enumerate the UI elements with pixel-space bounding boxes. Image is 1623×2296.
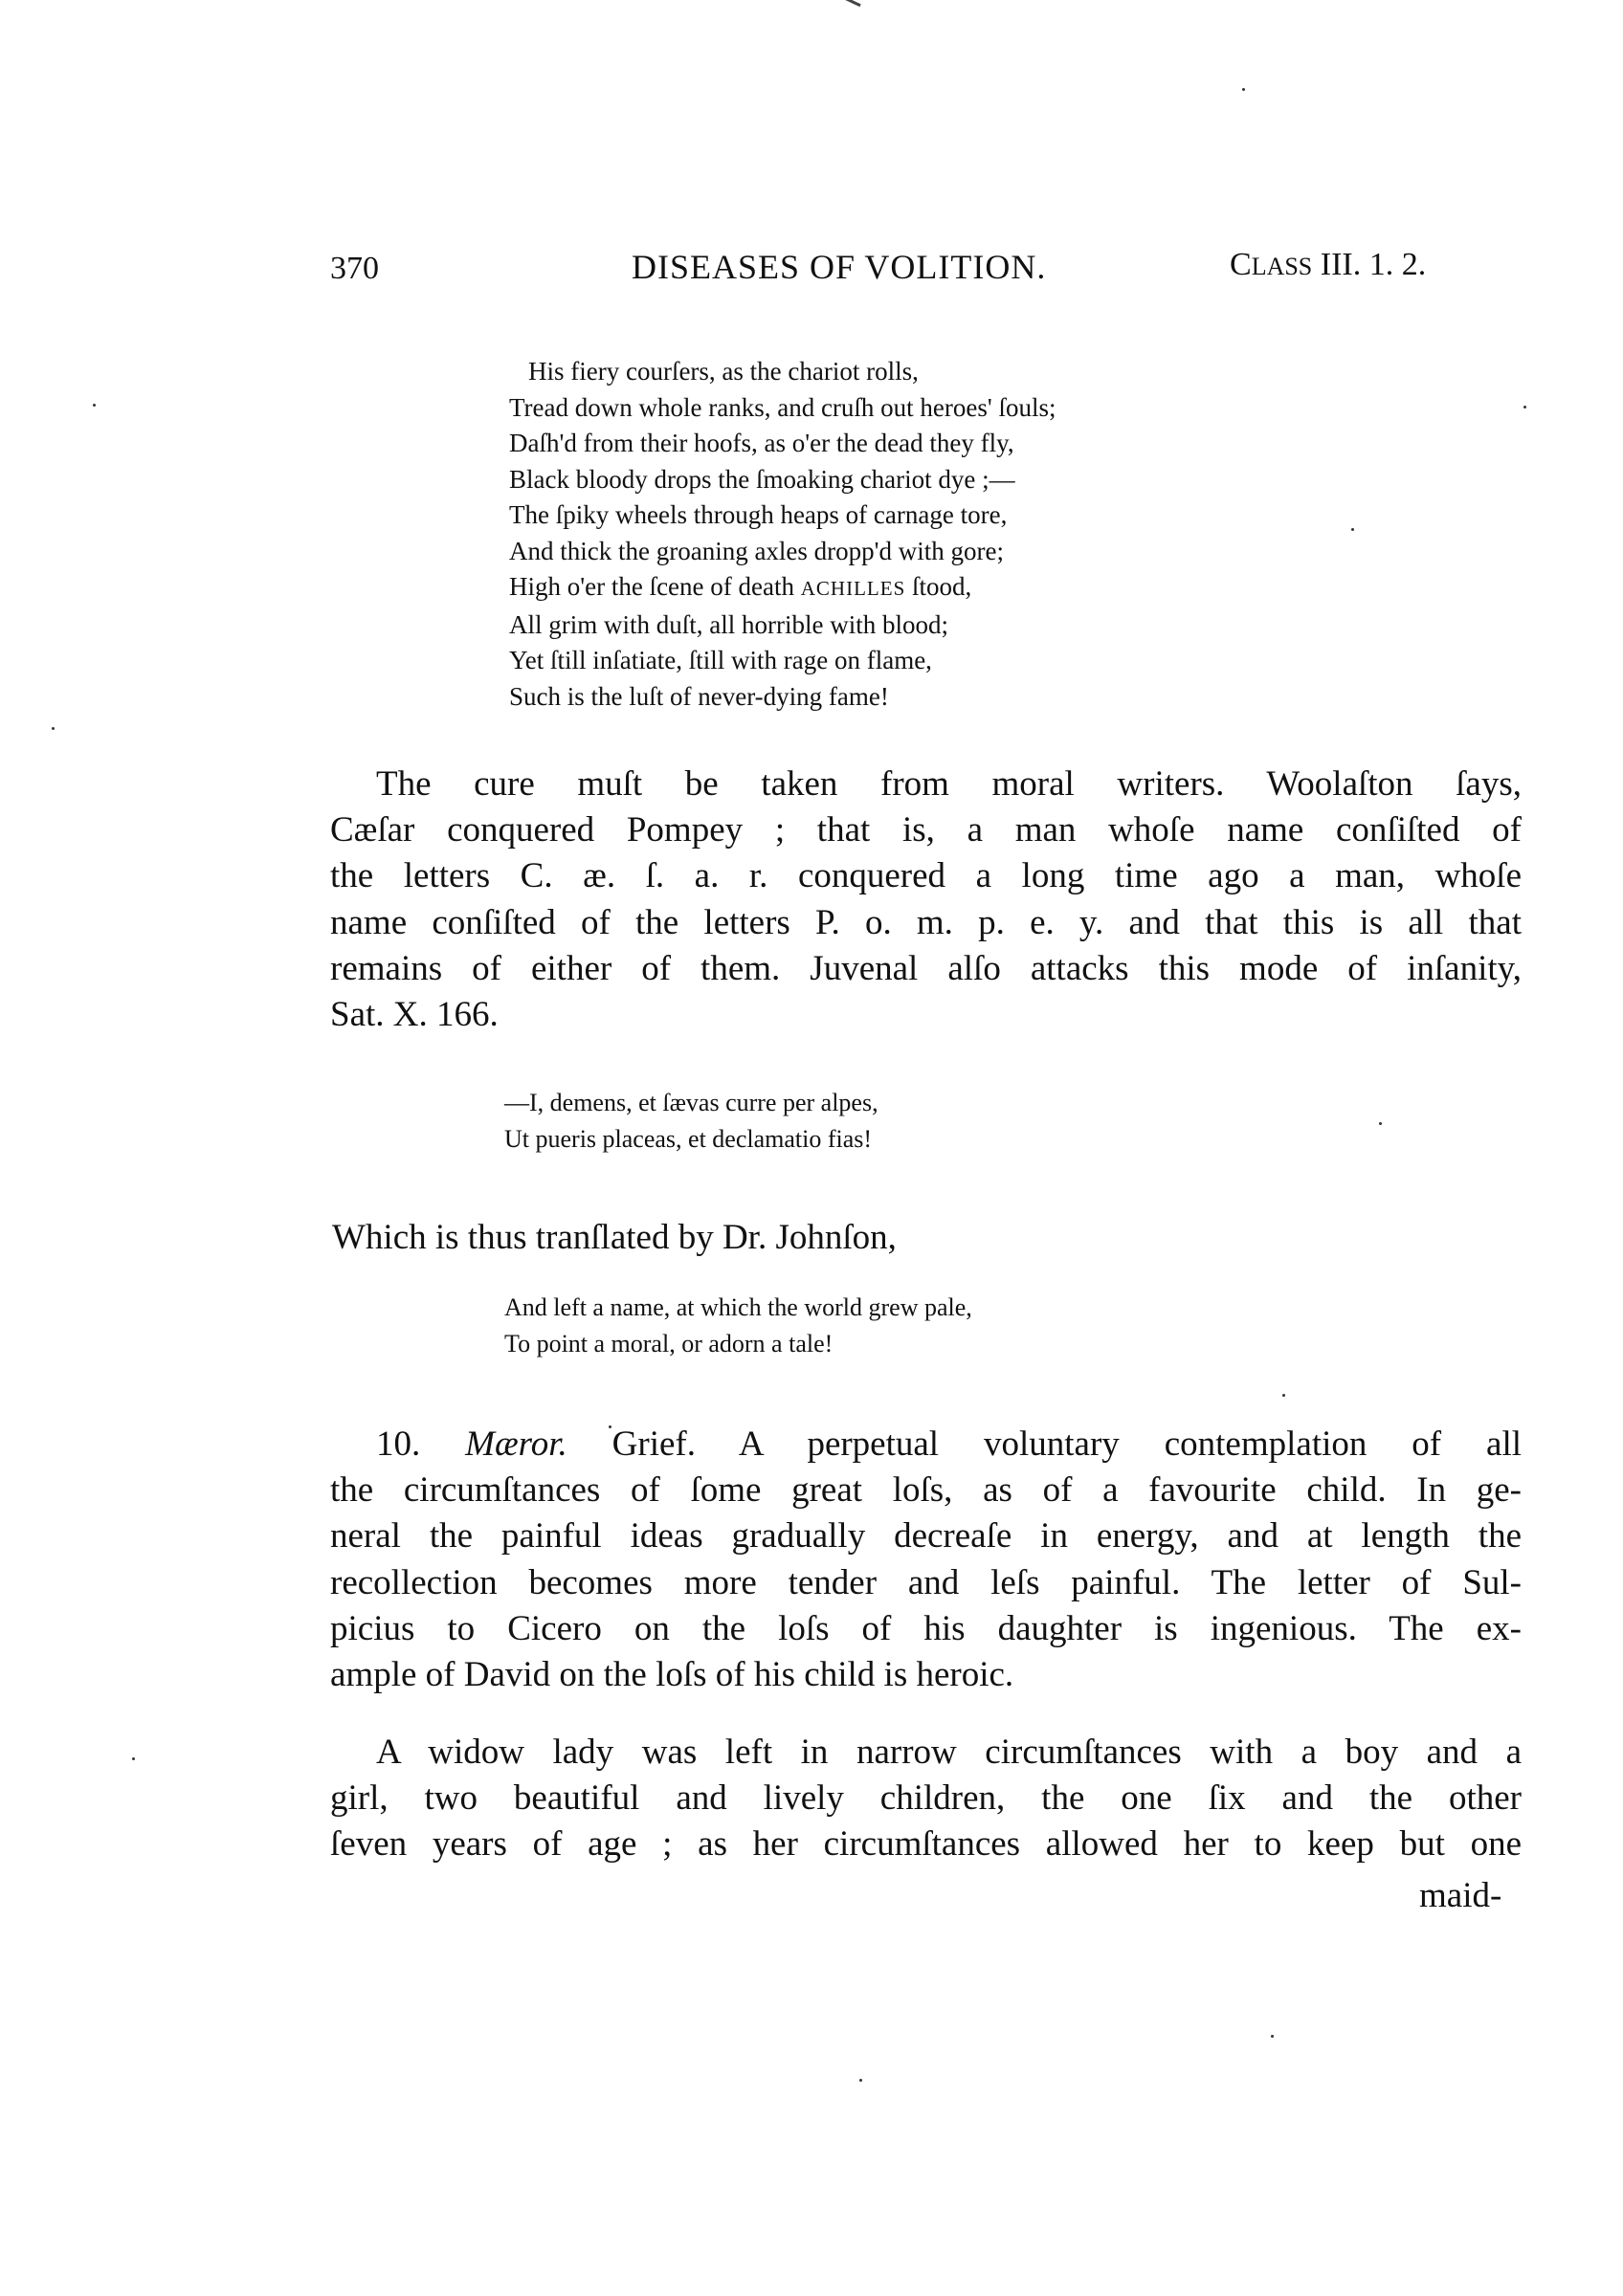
scan-speck (1271, 2035, 1274, 2038)
paragraph-widow: A widow lady was left in narrow circumſt… (330, 1730, 1522, 1868)
scan-speck (1242, 88, 1245, 91)
text-line: The cure muſt be taken from moral writer… (330, 762, 1522, 807)
verse-line: And thick the groaning axles dropp'd wit… (509, 534, 1056, 570)
verse-line: Daſh'd from their hoofs, as o'er the dea… (509, 426, 1056, 462)
scan-speck (1351, 528, 1354, 531)
verse-line: Ut pueris placeas, et declamatio fias! (504, 1121, 878, 1158)
verse-line: To point a moral, or adorn a tale! (504, 1326, 972, 1362)
scan-speck (52, 727, 55, 730)
verse-line: —I, demens, et ſævas curre per alpes, (504, 1085, 878, 1121)
class-label: CLASS III. 1. 2. (1230, 247, 1426, 283)
verse-line: The ſpiky wheels through heaps of carnag… (509, 497, 1056, 534)
verse-line: Black bloody drops the ſmoaking chariot … (509, 462, 1056, 498)
verse-line: Yet ſtill inſatiate, ſtill with rage on … (509, 643, 1056, 679)
verse-line: And left a name, at which the world grew… (504, 1290, 972, 1326)
section-number: 10. (376, 1424, 420, 1464)
scan-speck (859, 2079, 862, 2082)
page-title: DISEASES OF VOLITION. (632, 247, 1046, 287)
translation-intro: Which is thus tranſlated by Dr. Johnſon, (332, 1217, 897, 1258)
section-maeror: 10. Mæror. Grief. A perpetual voluntary … (330, 1422, 1522, 1698)
verse-quote-johnson: And left a name, at which the world grew… (504, 1290, 972, 1362)
scan-mark (842, 0, 860, 7)
running-head: 370 DISEASES OF VOLITION. CLASS III. 1. … (330, 247, 1526, 295)
text-line: neral the painful ideas gradually decrea… (330, 1513, 1522, 1559)
text-line: Sat. X. 166. (330, 992, 1522, 1038)
text-line: ſeven years of age ; as her circumſtance… (330, 1821, 1522, 1867)
verse-line: High o'er the ſcene of death Achilles ſt… (509, 569, 1056, 607)
verse-quote-juvenal: —I, demens, et ſævas curre per alpes, Ut… (504, 1085, 878, 1158)
section-term: Mæror. (465, 1424, 567, 1464)
text-line: the letters C. æ. ſ. a. r. conquered a l… (330, 853, 1522, 899)
text-line: recollection becomes more tender and leſ… (330, 1560, 1522, 1606)
verse-line: Such is the luſt of never-dying fame! (509, 679, 1056, 716)
text-line: remains of either of them. Juvenal alſo … (330, 946, 1522, 992)
scan-speck (1379, 1122, 1382, 1125)
scan-speck (132, 1757, 135, 1760)
text-line: A widow lady was left in narrow circumſt… (330, 1730, 1522, 1776)
scan-speck (609, 1425, 611, 1428)
name-achilles: Achilles (801, 577, 906, 600)
text-line: the circumſtances of ſome great loſs, as… (330, 1468, 1522, 1513)
scan-speck (1523, 406, 1526, 408)
text-line: ample of David on the loſs of his child … (330, 1652, 1522, 1698)
verse-line: His fiery courſers, as the chariot rolls… (509, 354, 1056, 390)
text-line: picius to Cicero on the loſs of his daug… (330, 1606, 1522, 1652)
text-line: name conſiſted of the letters P. o. m. p… (330, 900, 1522, 946)
scan-speck (93, 404, 96, 407)
paragraph-cure: The cure muſt be taken from moral writer… (330, 762, 1522, 1038)
text-line: 10. Mæror. Grief. A perpetual voluntary … (330, 1422, 1522, 1468)
catchword: maid- (1419, 1875, 1501, 1916)
scan-speck (1282, 1394, 1285, 1397)
text-line: girl, two beautiful and lively children,… (330, 1776, 1522, 1821)
verse-line: All grim with duſt, all horrible with bl… (509, 607, 1056, 644)
verse-line: Tread down whole ranks, and cruſh out he… (509, 390, 1056, 427)
verse-quote-iliad: His fiery courſers, as the chariot rolls… (509, 354, 1056, 715)
page-number: 370 (330, 251, 379, 287)
text-line: Cæſar conquered Pompey ; that is, a man … (330, 807, 1522, 853)
